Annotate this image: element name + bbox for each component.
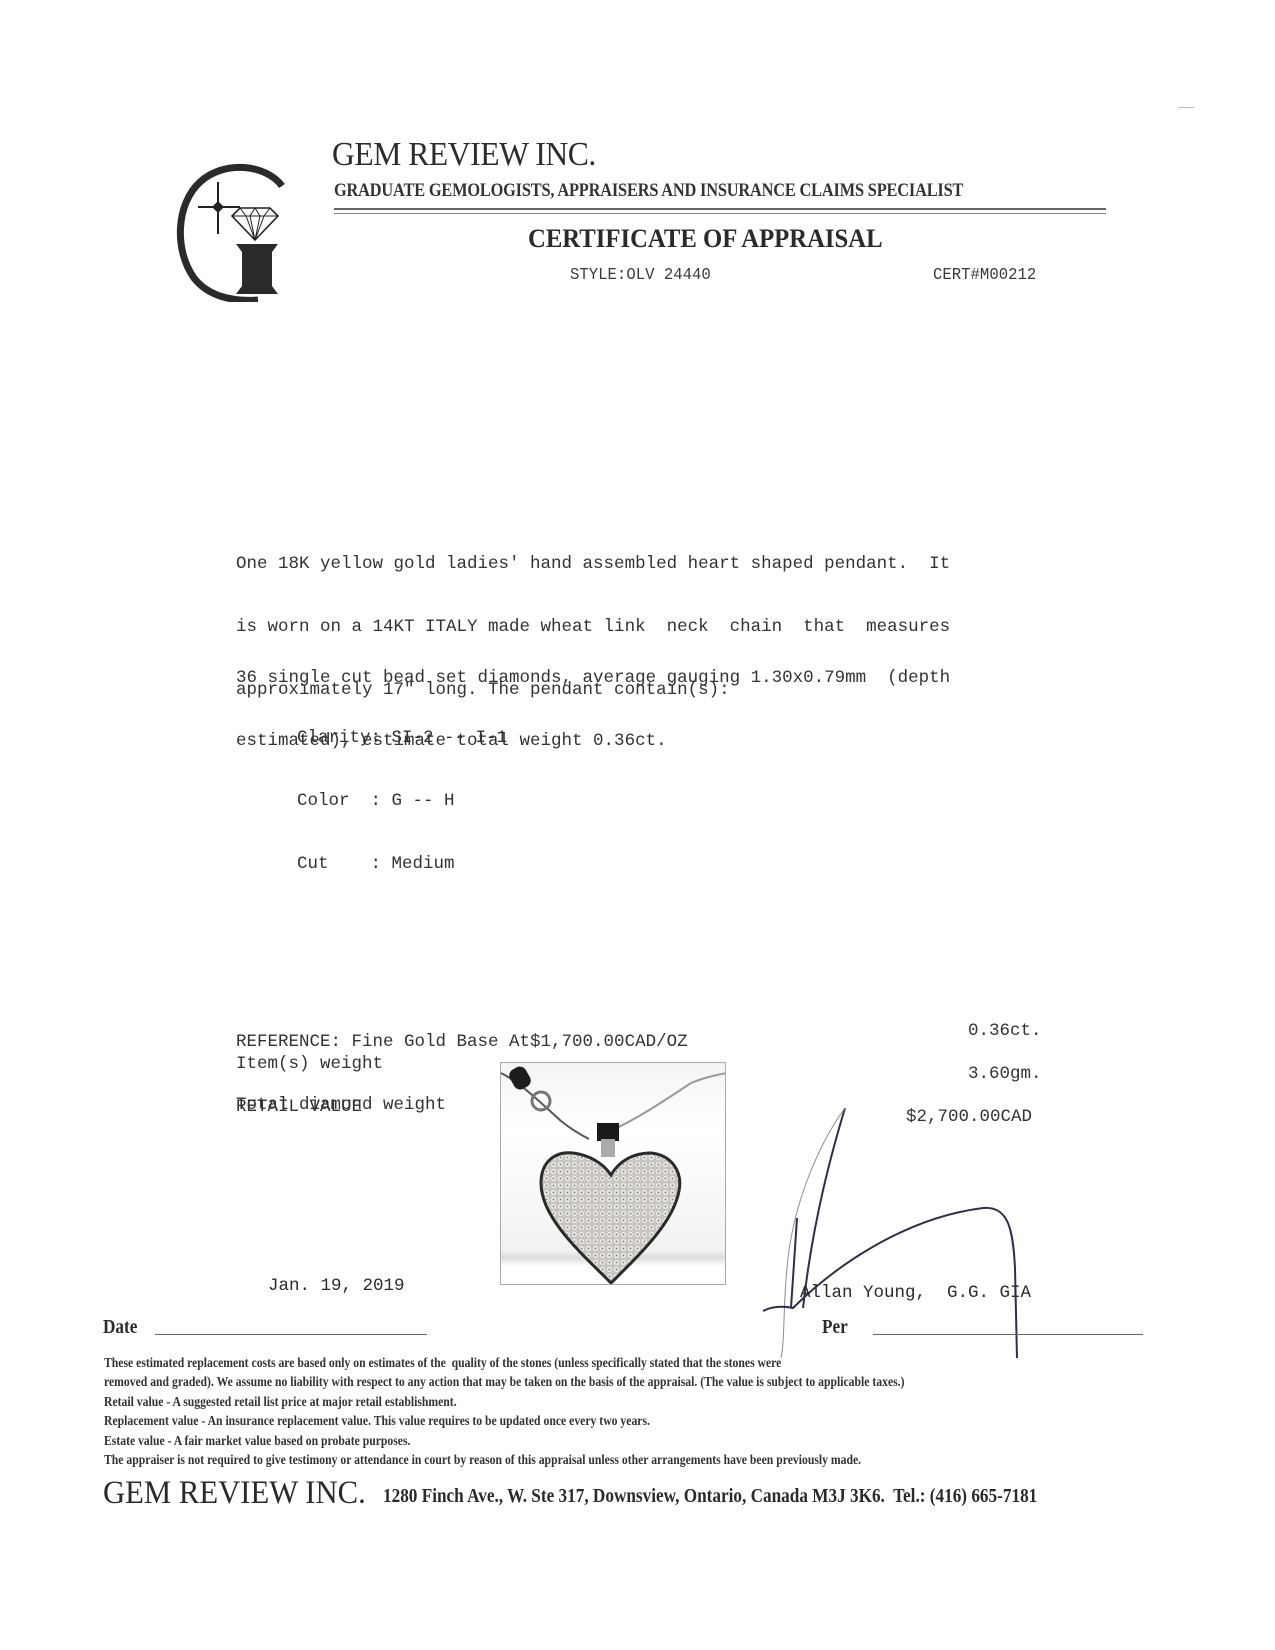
date-label: Date <box>103 1316 137 1339</box>
certificate-number: CERT#M00212 <box>933 266 1036 285</box>
testimony-disclaimer: The appraiser is not required to give te… <box>104 1452 861 1468</box>
company-name: GEM REVIEW INC. <box>332 136 596 174</box>
grade-value: Medium <box>392 854 455 874</box>
date-line <box>155 1334 427 1335</box>
appraisal-date: Jan. 19, 2019 <box>268 1276 405 1296</box>
disclaimer-text: removed and graded). We assume no liabil… <box>104 1374 905 1390</box>
appraiser-name: Allan Young, G.G. GIA <box>800 1283 1031 1303</box>
grade-label: Color <box>297 791 371 811</box>
document-title: CERTIFICATE OF APPRAISAL <box>528 224 883 254</box>
diamond-grades: Clarity: SI-2 -- I-1 Color : G -- H Cut … <box>297 686 507 896</box>
grade-clarity: Clarity: SI-2 -- I-1 <box>297 728 507 749</box>
retail-value-definition: Retail value - A suggested retail list p… <box>104 1394 457 1410</box>
description-line: One 18K yellow gold ladies' hand assembl… <box>236 554 950 575</box>
grade-separator: : <box>371 791 392 811</box>
replacement-value-definition: Replacement value - An insurance replace… <box>104 1413 650 1429</box>
header-divider <box>334 213 1106 214</box>
style-number: STYLE:OLV 24440 <box>570 266 711 285</box>
heart-pendant-photo <box>500 1062 726 1285</box>
total-diamond-weight-value: 0.36ct. <box>968 1021 1042 1042</box>
footer-address: 1280 Finch Ave., W. Ste 317, Downsview, … <box>383 1485 1037 1508</box>
grade-separator: : <box>371 854 392 874</box>
item-weight-value: 3.60gm. <box>968 1064 1042 1085</box>
grade-cut: Cut : Medium <box>297 854 507 875</box>
grade-label: Clarity <box>297 728 371 748</box>
grade-label: Cut <box>297 854 371 874</box>
grade-color: Color : G -- H <box>297 791 507 812</box>
estate-value-definition: Estate value - A fair market value based… <box>104 1433 410 1449</box>
header-divider <box>334 208 1106 210</box>
grade-separator: : <box>371 728 392 748</box>
disclaimer-text: These estimated replacement costs are ba… <box>104 1355 781 1371</box>
per-label: Per <box>822 1316 848 1339</box>
item-weight-label: Item(s) weight <box>236 1054 383 1075</box>
gold-reference: REFERENCE: Fine Gold Base At$1,700.00CAD… <box>236 1032 688 1053</box>
per-signature-line <box>873 1334 1143 1335</box>
grade-value: G -- H <box>392 791 455 811</box>
grade-value: SI-2 -- I-1 <box>392 728 508 748</box>
g-diamond-logo-icon <box>166 142 296 284</box>
footer-company-name: GEM REVIEW INC. <box>103 1475 366 1512</box>
scan-mark <box>1178 107 1194 108</box>
company-tagline: GRADUATE GEMOLOGISTS, APPRAISERS AND INS… <box>334 180 963 202</box>
retail-value-label: RETAIL VALUE <box>236 1097 362 1118</box>
